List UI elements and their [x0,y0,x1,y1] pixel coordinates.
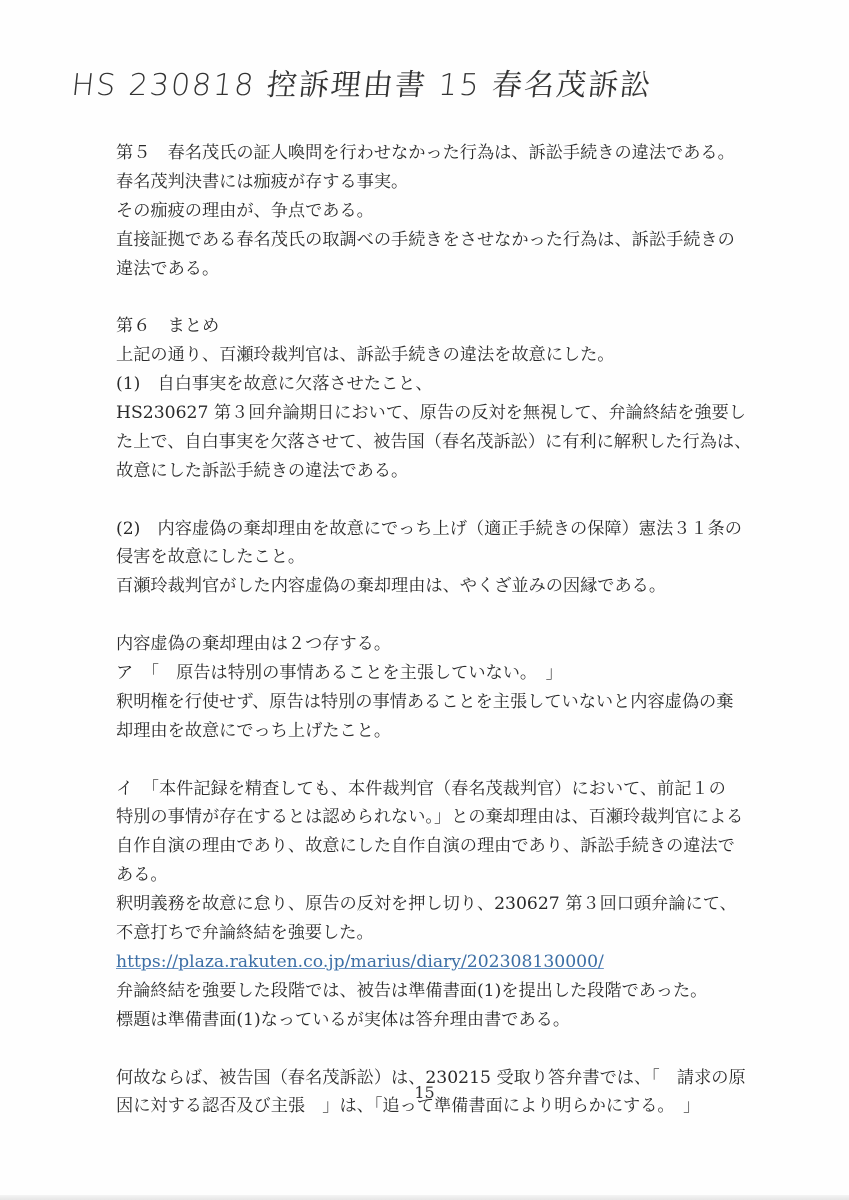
section-6: 第６ まとめ 上記の通り、百瀬玲裁判官は、訴訟手続きの違法を故意にした。 (1)… [116,312,796,485]
text-line: 上記の通り、百瀬玲裁判官は、訴訟手続きの違法を故意にした。 [116,341,796,370]
blank-line [116,601,796,630]
blank-line [116,1035,796,1064]
text-line: 春名茂判決書には痂疲が存する事実。 [116,168,796,197]
section-5: 第５ 春名茂氏の証人喚問を行わせなかった行為は、訴訟手続きの違法である。 春名茂… [116,139,796,283]
diary-link[interactable]: https://plaza.rakuten.co.jp/marius/diary… [116,952,604,972]
text-line: 直接証拠である春名茂氏の取調べの手続きをさせなかった行為は、訴訟手続きの [116,226,796,255]
page-edge [0,1195,849,1200]
section-5-heading: 第５ 春名茂氏の証人喚問を行わせなかった行為は、訴訟手続きの違法である。 [116,139,796,168]
text-line: た上で、自白事実を欠落させて、被告国（春名茂訴訟）に有利に解釈した行為は、 [116,428,796,457]
text-line: 百瀬玲裁判官がした内容虚偽の棄却理由は、やくざ並みの因縁である。 [116,572,796,601]
reason-a-heading: ア 「 原告は特別の事情あることを主張していない。 」 [116,659,796,688]
text-line: 故意にした訴訟手続きの違法である。 [116,457,796,486]
reasons-intro: 内容虚偽の棄却理由は２つ存する。 ア 「 原告は特別の事情あることを主張していな… [116,630,796,746]
handwritten-title: HS 230818 控訴理由書 15 春名茂訴訟 [70,60,655,104]
text-line: HS230627 第３回弁論期日において、原告の反対を無視して、弁論終結を強要し [116,399,796,428]
document-page: HS 230818 控訴理由書 15 春名茂訴訟 第５ 春名茂氏の証人喚問を行わ… [0,0,849,1200]
text-line: 特別の事情が存在するとは認められない。」との棄却理由は、百瀬玲裁判官による [116,803,796,832]
text-line: 内容虚偽の棄却理由は２つ存する。 [116,630,796,659]
blank-line [116,283,796,312]
text-line: 釈明義務を故意に怠り、原告の反対を押し切り、230627 第３回口頭弁論にて、 [116,890,796,919]
text-line: ある。 [116,861,796,890]
item-2-heading: (2) 内容虚偽の棄却理由を故意にでっち上げ（適正手続きの保障）憲法３１条の [116,515,796,544]
item-2: (2) 内容虚偽の棄却理由を故意にでっち上げ（適正手続きの保障）憲法３１条の 侵… [116,515,796,602]
blank-line [116,746,796,775]
page-number: 15 [0,1083,849,1102]
text-line: 却理由を故意にでっち上げたこと。 [116,717,796,746]
text-line: 弁論終結を強要した段階では、被告は準備書面(1)を提出した段階であった。 [116,977,796,1006]
reason-i-heading: イ 「本件記録を精査しても、本件裁判官（春名茂裁判官）において、前記１の [116,775,796,804]
document-body: 第５ 春名茂氏の証人喚問を行わせなかった行為は、訴訟手続きの違法である。 春名茂… [116,139,796,1121]
text-line: 不意打ちで弁論終結を強要した。 [116,919,796,948]
text-line: 釈明権を行使せず、原告は特別の事情あることを主張していないと内容虚偽の棄 [116,688,796,717]
item-1-heading: (1) 自白事実を故意に欠落させたこと、 [116,370,796,399]
text-line: 侵害を故意にしたこと。 [116,543,796,572]
blank-line [116,486,796,515]
text-line: 自作自演の理由であり、故意にした自作自演の理由であり、訴訟手続きの違法で [116,832,796,861]
text-line: その痂疲の理由が、争点である。 [116,197,796,226]
diary-link-line: https://plaza.rakuten.co.jp/marius/diary… [116,948,796,977]
text-line: 違法である。 [116,255,796,284]
section-6-heading: 第６ まとめ [116,312,796,341]
reason-i: イ 「本件記録を精査しても、本件裁判官（春名茂裁判官）において、前記１の 特別の… [116,775,796,1035]
text-line: 標題は準備書面(1)なっているが実体は答弁理由書である。 [116,1006,796,1035]
